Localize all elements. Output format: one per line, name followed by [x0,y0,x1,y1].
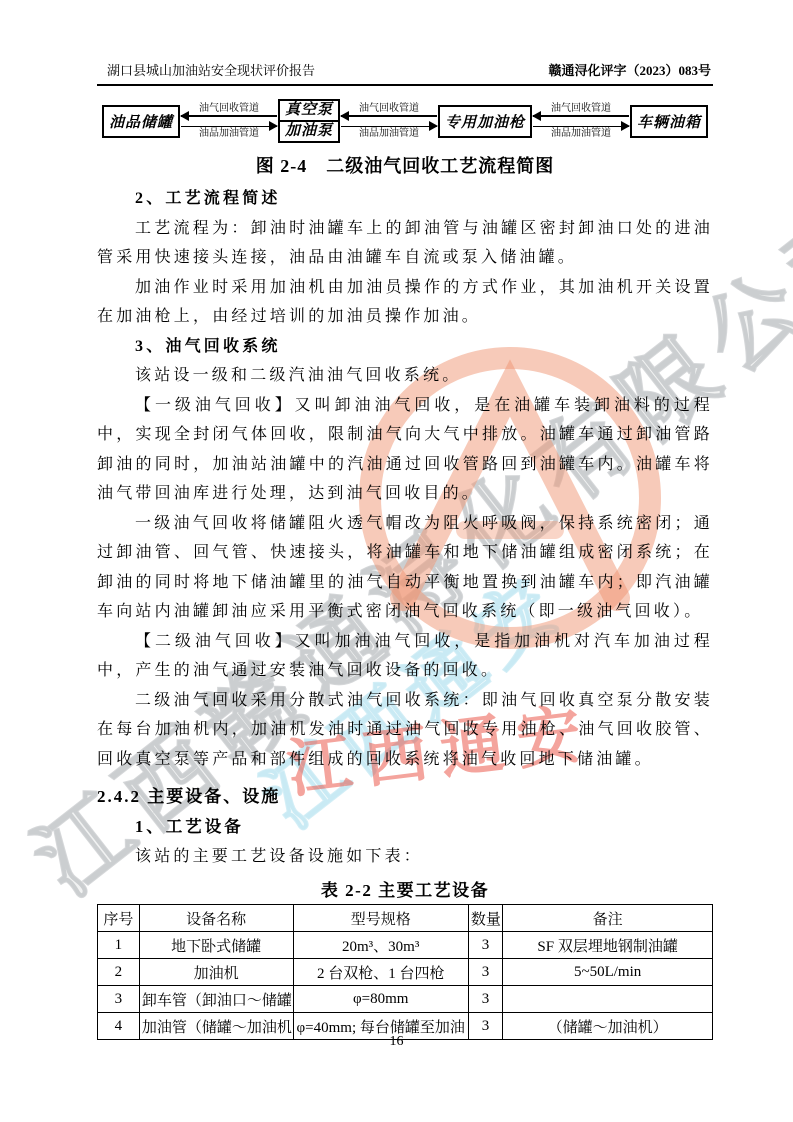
table-header-cell: 数量 [468,905,502,932]
table-header-row: 序号 设备名称 型号规格 数量 备注 [98,905,713,932]
figure-caption: 图 2-4 二级油气回收工艺流程简图 [97,152,713,178]
table-cell: 5~50L/min [503,959,713,986]
table-header-cell: 设备名称 [139,905,293,932]
table-cell: 3 [468,932,502,959]
document-page: 江西赣通浔化有限公司 江西通安 江西通安 湖口县城山加油站安全现状评价报告 赣通… [0,0,793,1122]
equipment-table: 序号 设备名称 型号规格 数量 备注 1 地下卧式储罐 20m³、30m³ 3 … [97,904,713,1040]
diagram-box-oil-tank: 油品储罐 [102,105,180,138]
paragraph: 该站设一级和二级汽油油气回收系统。 [97,361,713,391]
diagram-connector: 油气回收管道 油品加油管道 [341,103,437,139]
table-row: 1 地下卧式储罐 20m³、30m³ 3 SF 双层埋地钢制油罐 [98,932,713,959]
oil-arrow-right [341,126,437,128]
oil-pipe-label: 油品加油管道 [533,128,629,139]
table-header-cell: 备注 [503,905,713,932]
table-cell [503,986,713,1013]
table-cell: SF 双层埋地钢制油罐 [503,932,713,959]
heading-vapor-recovery: 3、油气回收系统 [97,332,713,362]
diagram-box-vacuum-pump: 真空泵 [280,101,338,122]
diagram-connector: 油气回收管道 油品加油管道 [181,103,277,139]
table-cell: φ=80mm [293,986,468,1013]
subsection-heading-process-equipment: 1、工艺设备 [97,812,713,842]
diagram-box-vehicle-tank: 车辆油箱 [630,105,708,138]
section-heading-equipment: 2.4.2 主要设备、设施 [97,782,713,812]
diagram-connector: 油气回收管道 油品加油管道 [533,103,629,139]
paragraph: 【一级油气回收】又叫卸油油气回收，是在油罐车装卸油料的过程中，实现全封闭气体回收… [97,391,713,509]
table-caption: 表 2-2 主要工艺设备 [97,876,713,901]
vapor-recovery-flow-diagram: 油品储罐 油气回收管道 油品加油管道 真空泵 加油泵 油气回收管道 油品加油管道… [97,99,713,143]
paragraph: 【二级油气回收】又叫加油油气回收，是指加油机对汽车加油过程中，产生的油气通过安装… [97,627,713,686]
vapor-pipe-label: 油气回收管道 [181,103,277,114]
vapor-pipe-label: 油气回收管道 [533,103,629,114]
table-lead-in: 该站的主要工艺设备设施如下表： [97,842,713,872]
table-cell: 加油机 [139,959,293,986]
table-row: 2 加油机 2 台双枪、1 台四枪 3 5~50L/min [98,959,713,986]
table-header-cell: 型号规格 [293,905,468,932]
table-cell: 2 [98,959,140,986]
table-cell: 3 [98,986,140,1013]
paragraph: 工艺流程为：卸油时油罐车上的卸油管与油罐区密封卸油口处的进油管采用快速接头连接，… [97,214,713,273]
oil-arrow-right [181,126,277,128]
table-cell: 20m³、30m³ [293,932,468,959]
paragraph: 一级油气回收将储罐阻火透气帽改为阻火呼吸阀，保持系统密闭；通过卸油管、回气管、快… [97,509,713,627]
diagram-box-fuel-pump: 加油泵 [280,122,338,141]
vapor-arrow-left [533,115,629,117]
oil-pipe-label: 油品加油管道 [341,128,437,139]
table-cell: 地下卧式储罐 [139,932,293,959]
paragraph: 二级油气回收采用分散式油气回收系统：即油气回收真空泵分散安装在每台加油机内，加油… [97,686,713,775]
oil-pipe-label: 油品加油管道 [181,128,277,139]
table-cell: 3 [468,959,502,986]
table-header-cell: 序号 [98,905,140,932]
report-title: 湖口县城山加油站安全现状评价报告 [107,60,315,79]
table-cell: 卸车管（卸油口～储罐） [139,986,293,1013]
document-number: 赣通浔化评字（2023）083号 [548,60,711,79]
vapor-pipe-label: 油气回收管道 [341,103,437,114]
table-row: 3 卸车管（卸油口～储罐） φ=80mm 3 [98,986,713,1013]
diagram-box-pumps: 真空泵 加油泵 [278,99,340,143]
vapor-arrow-left [181,115,277,117]
table-cell: 1 [98,932,140,959]
table-cell: 3 [468,986,502,1013]
oil-arrow-right [533,126,629,128]
vapor-arrow-left [341,115,437,117]
table-cell: 2 台双枪、1 台四枪 [293,959,468,986]
paragraph: 加油作业时采用加油机由加油员操作的方式作业，其加油机开关设置在加油枪上，由经过培… [97,273,713,332]
page-number: 16 [0,1034,793,1050]
diagram-box-nozzle: 专用加油枪 [438,105,532,138]
heading-process-description: 2、工艺流程简述 [97,184,713,214]
page-header: 湖口县城山加油站安全现状评价报告 赣通浔化评字（2023）083号 [97,60,713,86]
